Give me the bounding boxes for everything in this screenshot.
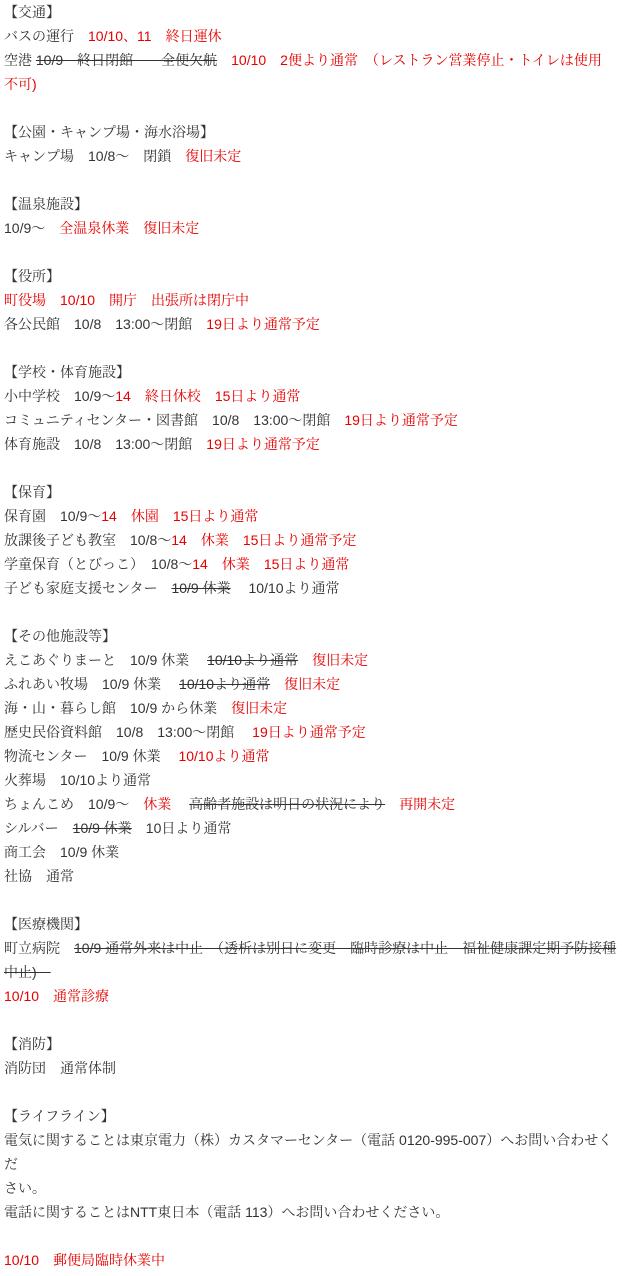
- section-other-facilities: 【その他施設等】えこあぐりまーと 10/9 休業 10/10より通常 復旧未定ふ…: [4, 624, 619, 888]
- text-segment: 町立病院: [4, 940, 74, 956]
- text-line: 子ども家庭支援センター 10/9 休業 10/10より通常: [4, 576, 619, 600]
- text-segment: 保育園 10/9～: [4, 508, 101, 524]
- text-line: 不可): [4, 72, 619, 96]
- text-line: 町役場 10/10 開庁 出張所は閉庁中: [4, 288, 619, 312]
- status-text-red: 10/10、11 終日運休: [88, 28, 222, 44]
- section-heading: 【保育】: [4, 480, 619, 504]
- text-segment: キャンプ場 10/8～ 閉鎖: [4, 148, 185, 164]
- text-line: 町立病院 10/9 通常外来は中止 （透析は別日に変更 臨時診療は中止 福祉健康…: [4, 936, 619, 960]
- text-segment: シルバー: [4, 820, 73, 836]
- section-heading: 【温泉施設】: [4, 192, 619, 216]
- status-text-red: 19日より通常予定: [206, 316, 320, 332]
- status-text-red: 10/10 郵便局臨時休業中: [4, 1252, 165, 1268]
- cancelled-text: 中止): [4, 964, 51, 980]
- text-segment: 商工会 10/9 休業: [4, 844, 119, 860]
- cancelled-text: 10/10より通常: [207, 652, 298, 668]
- text-line: 体育施設 10/8 13:00～閉館 19日より通常予定: [4, 432, 619, 456]
- text-line: バスの運行 10/10、11 終日運休: [4, 24, 619, 48]
- facility-status-document: 【交通】バスの運行 10/10、11 終日運休空港 10/9 終日閉館 全便欠航…: [4, 0, 619, 1272]
- text-line: 保育園 10/9～14 休園 15日より通常: [4, 504, 619, 528]
- text-segment: 消防団 通常体制: [4, 1060, 116, 1076]
- text-segment: 火葬場 10/10より通常: [4, 772, 151, 788]
- section-heading: 【学校・体育施設】: [4, 360, 619, 384]
- text-segment: 各公民館 10/8 13:00～閉館: [4, 316, 206, 332]
- text-line: キャンプ場 10/8～ 閉鎖 復旧未定: [4, 144, 619, 168]
- text-segment: えこあぐりまーと 10/9 休業: [4, 652, 207, 668]
- status-text-red: 復旧未定: [231, 700, 287, 716]
- cancelled-text: 10/9 休業: [171, 580, 230, 596]
- text-line: コミュニティセンター・図書館 10/8 13:00～閉館 19日より通常予定: [4, 408, 619, 432]
- status-text-red: 19日より通常予定: [252, 724, 366, 740]
- cancelled-text: 10/9 通常外来は中止 （透析は別日に変更 臨時診療は中止 福祉健康課定期予防…: [74, 940, 616, 956]
- text-line: 火葬場 10/10より通常: [4, 768, 619, 792]
- section-post-office-notice: 10/10 郵便局臨時休業中: [4, 1248, 619, 1272]
- text-segment: さい。: [4, 1180, 46, 1196]
- text-line: 社協 通常: [4, 864, 619, 888]
- text-line: 電気に関することは東京電力（株）カスタマーセンター（電話 0120-995-00…: [4, 1128, 619, 1176]
- cancelled-text: 10/9 終日閉館 全便欠航: [36, 52, 217, 68]
- text-segment: [270, 676, 284, 692]
- status-text-red: 全温泉休業 復旧未定: [59, 220, 199, 236]
- status-text-red: 不可): [4, 76, 37, 92]
- text-segment: 歴史民俗資料館 10/8 13:00～閉館: [4, 724, 252, 740]
- section-heading: 【消防】: [4, 1032, 619, 1056]
- text-line: 消防団 通常体制: [4, 1056, 619, 1080]
- status-text-red: 10/10 2便より通常 （レストラン営業停止・トイレは使用: [231, 52, 602, 68]
- section-transportation: 【交通】バスの運行 10/10、11 終日運休空港 10/9 終日閉館 全便欠航…: [4, 0, 619, 96]
- text-segment: 学童保育（とびっこ） 10/8～: [4, 556, 192, 572]
- text-segment: 子ども家庭支援センター: [4, 580, 171, 596]
- text-segment: 小中学校 10/9～: [4, 388, 115, 404]
- text-line: 学童保育（とびっこ） 10/8～14 休業 15日より通常: [4, 552, 619, 576]
- text-line: さい。: [4, 1176, 619, 1200]
- text-segment: [385, 796, 399, 812]
- status-text-red: 復旧未定: [284, 676, 340, 692]
- status-text-red: 町役場 10/10 開庁 出張所は閉庁中: [4, 292, 249, 308]
- section-heading: 【役所】: [4, 264, 619, 288]
- section-heading: 【その他施設等】: [4, 624, 619, 648]
- text-line: 歴史民俗資料館 10/8 13:00～閉館 19日より通常予定: [4, 720, 619, 744]
- section-heading: 【公園・キャンプ場・海水浴場】: [4, 120, 619, 144]
- text-segment: 10/10より通常: [231, 580, 340, 596]
- status-text-red: 復旧未定: [185, 148, 241, 164]
- section-heading: 【医療機関】: [4, 912, 619, 936]
- status-text-red: 14 休園 15日より通常: [101, 508, 258, 524]
- text-segment: 社協 通常: [4, 868, 74, 884]
- text-segment: 物流センター 10/9 休業: [4, 748, 178, 764]
- text-line: 10/9～ 全温泉休業 復旧未定: [4, 216, 619, 240]
- section-childcare: 【保育】保育園 10/9～14 休園 15日より通常放課後子ども教室 10/8～…: [4, 480, 619, 600]
- status-text-red: 19日より通常予定: [344, 412, 458, 428]
- text-segment: [298, 652, 312, 668]
- text-line: 小中学校 10/9～14 終日休校 15日より通常: [4, 384, 619, 408]
- text-line: 空港 10/9 終日閉館 全便欠航 10/10 2便より通常 （レストラン営業停…: [4, 48, 619, 72]
- section-parks-camps-beaches: 【公園・キャンプ場・海水浴場】キャンプ場 10/8～ 閉鎖 復旧未定: [4, 120, 619, 168]
- cancelled-text: 高齢者施設は明日の状況により: [189, 796, 385, 812]
- text-segment: 10/9～: [4, 220, 59, 236]
- status-text-red: 10/10 通常診療: [4, 988, 109, 1004]
- cancelled-text: 10/10より通常: [179, 676, 270, 692]
- text-segment: ふれあい牧場 10/9 休業: [4, 676, 179, 692]
- status-text-red: 再開未定: [399, 796, 455, 812]
- status-text-red: 休業: [143, 796, 171, 812]
- section-hot-springs: 【温泉施設】10/9～ 全温泉休業 復旧未定: [4, 192, 619, 240]
- text-segment: 電気に関することは東京電力（株）カスタマーセンター（電話 0120-995-00…: [4, 1132, 612, 1172]
- text-segment: 体育施設 10/8 13:00～閉館: [4, 436, 206, 452]
- text-line: 海・山・暮らし館 10/9 から休業 復旧未定: [4, 696, 619, 720]
- text-line: 10/10 通常診療: [4, 984, 619, 1008]
- text-segment: ちょんこめ 10/9～: [4, 796, 143, 812]
- text-line: 物流センター 10/9 休業 10/10より通常: [4, 744, 619, 768]
- status-text-red: 10/10より通常: [178, 748, 269, 764]
- text-line: 電話に関することはNTT東日本（電話 113）へお問い合わせください。: [4, 1200, 619, 1224]
- section-schools-sports: 【学校・体育施設】小中学校 10/9～14 終日休校 15日より通常コミュニティ…: [4, 360, 619, 456]
- section-lifeline: 【ライフライン】電気に関することは東京電力（株）カスタマーセンター（電話 012…: [4, 1104, 619, 1224]
- text-line: 商工会 10/9 休業: [4, 840, 619, 864]
- section-heading: 【交通】: [4, 0, 619, 24]
- section-government-offices: 【役所】町役場 10/10 開庁 出張所は閉庁中各公民館 10/8 13:00～…: [4, 264, 619, 336]
- text-segment: 空港: [4, 52, 36, 68]
- text-segment: 電話に関することはNTT東日本（電話 113）へお問い合わせください。: [4, 1204, 449, 1220]
- section-fire-department: 【消防】消防団 通常体制: [4, 1032, 619, 1080]
- text-segment: 海・山・暮らし館 10/9 から休業: [4, 700, 231, 716]
- text-line: 10/10 郵便局臨時休業中: [4, 1248, 619, 1272]
- status-text-red: 14 休業 15日より通常予定: [171, 532, 356, 548]
- status-text-red: 14 休業 15日より通常: [192, 556, 349, 572]
- cancelled-text: 10/9 休業: [73, 820, 132, 836]
- text-segment: 放課後子ども教室 10/8～: [4, 532, 171, 548]
- text-segment: [217, 52, 231, 68]
- text-line: 放課後子ども教室 10/8～14 休業 15日より通常予定: [4, 528, 619, 552]
- text-segment: [171, 796, 189, 812]
- status-text-red: 19日より通常予定: [206, 436, 320, 452]
- text-segment: 10日より通常: [132, 820, 232, 836]
- text-line: 中止): [4, 960, 619, 984]
- status-text-red: 14 終日休校 15日より通常: [115, 388, 300, 404]
- status-text-red: 復旧未定: [312, 652, 368, 668]
- text-line: ふれあい牧場 10/9 休業 10/10より通常 復旧未定: [4, 672, 619, 696]
- section-heading: 【ライフライン】: [4, 1104, 619, 1128]
- text-line: ちょんこめ 10/9～ 休業 高齢者施設は明日の状況により 再開未定: [4, 792, 619, 816]
- text-line: えこあぐりまーと 10/9 休業 10/10より通常 復旧未定: [4, 648, 619, 672]
- text-line: シルバー 10/9 休業 10日より通常: [4, 816, 619, 840]
- text-line: 各公民館 10/8 13:00～閉館 19日より通常予定: [4, 312, 619, 336]
- section-medical: 【医療機関】町立病院 10/9 通常外来は中止 （透析は別日に変更 臨時診療は中…: [4, 912, 619, 1008]
- text-segment: コミュニティセンター・図書館 10/8 13:00～閉館: [4, 412, 344, 428]
- text-segment: バスの運行: [4, 28, 88, 44]
